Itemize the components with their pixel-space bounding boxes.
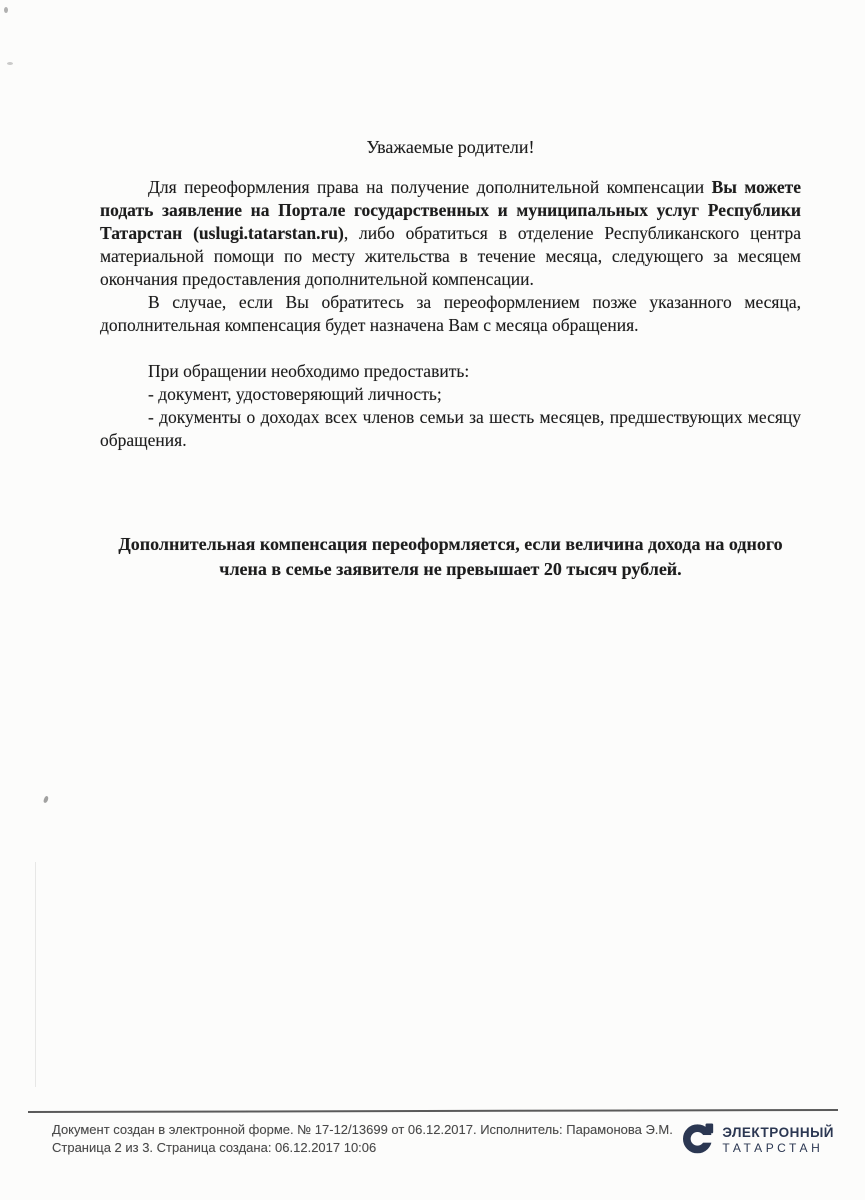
requirement-item-identity: - документ, удостоверяющий личность;	[100, 383, 801, 406]
electronic-tatarstan-logo-text: ЭЛЕКТРОННЫЙ ТАТАРСТАН	[722, 1126, 834, 1155]
scan-artifact	[7, 62, 13, 65]
electronic-tatarstan-logo-icon	[683, 1121, 717, 1160]
footer-page-info: Страница 2 из 3. Страница создана: 06.12…	[52, 1139, 673, 1157]
footer-document-info: Документ создан в электронной форме. № 1…	[52, 1121, 673, 1139]
requirement-item-income: - документы о доходах всех членов семьи …	[100, 406, 801, 452]
paragraph-late-application: В случае, если Вы обратитесь за переофор…	[100, 291, 801, 337]
requirements-block: При обращении необходимо предоставить: -…	[100, 360, 801, 452]
footer-divider	[28, 1109, 838, 1113]
paragraph-reregistration-start: Для переоформления права на получение до…	[148, 177, 712, 197]
letter-body: Уважаемые родители! Для переоформления п…	[100, 136, 801, 582]
logo-text-line1: ЭЛЕКТРОННЫЙ	[722, 1126, 834, 1140]
paragraph-reregistration: Для переоформления права на получение до…	[100, 176, 801, 291]
page-title: Уважаемые родители!	[100, 136, 801, 159]
scanned-document-page: Уважаемые родители! Для переоформления п…	[0, 0, 865, 1200]
income-threshold-notice: Дополнительная компенсация переоформляет…	[108, 532, 793, 582]
logo-text-line2: ТАТАРСТАН	[722, 1142, 834, 1155]
scan-artifact	[43, 795, 50, 803]
scan-artifact	[35, 862, 36, 1087]
electronic-tatarstan-logo: ЭЛЕКТРОННЫЙ ТАТАРСТАН	[683, 1121, 834, 1160]
requirements-heading: При обращении необходимо предоставить:	[100, 360, 801, 383]
footer-metadata: Документ создан в электронной форме. № 1…	[52, 1121, 673, 1156]
scan-artifact	[4, 7, 8, 13]
